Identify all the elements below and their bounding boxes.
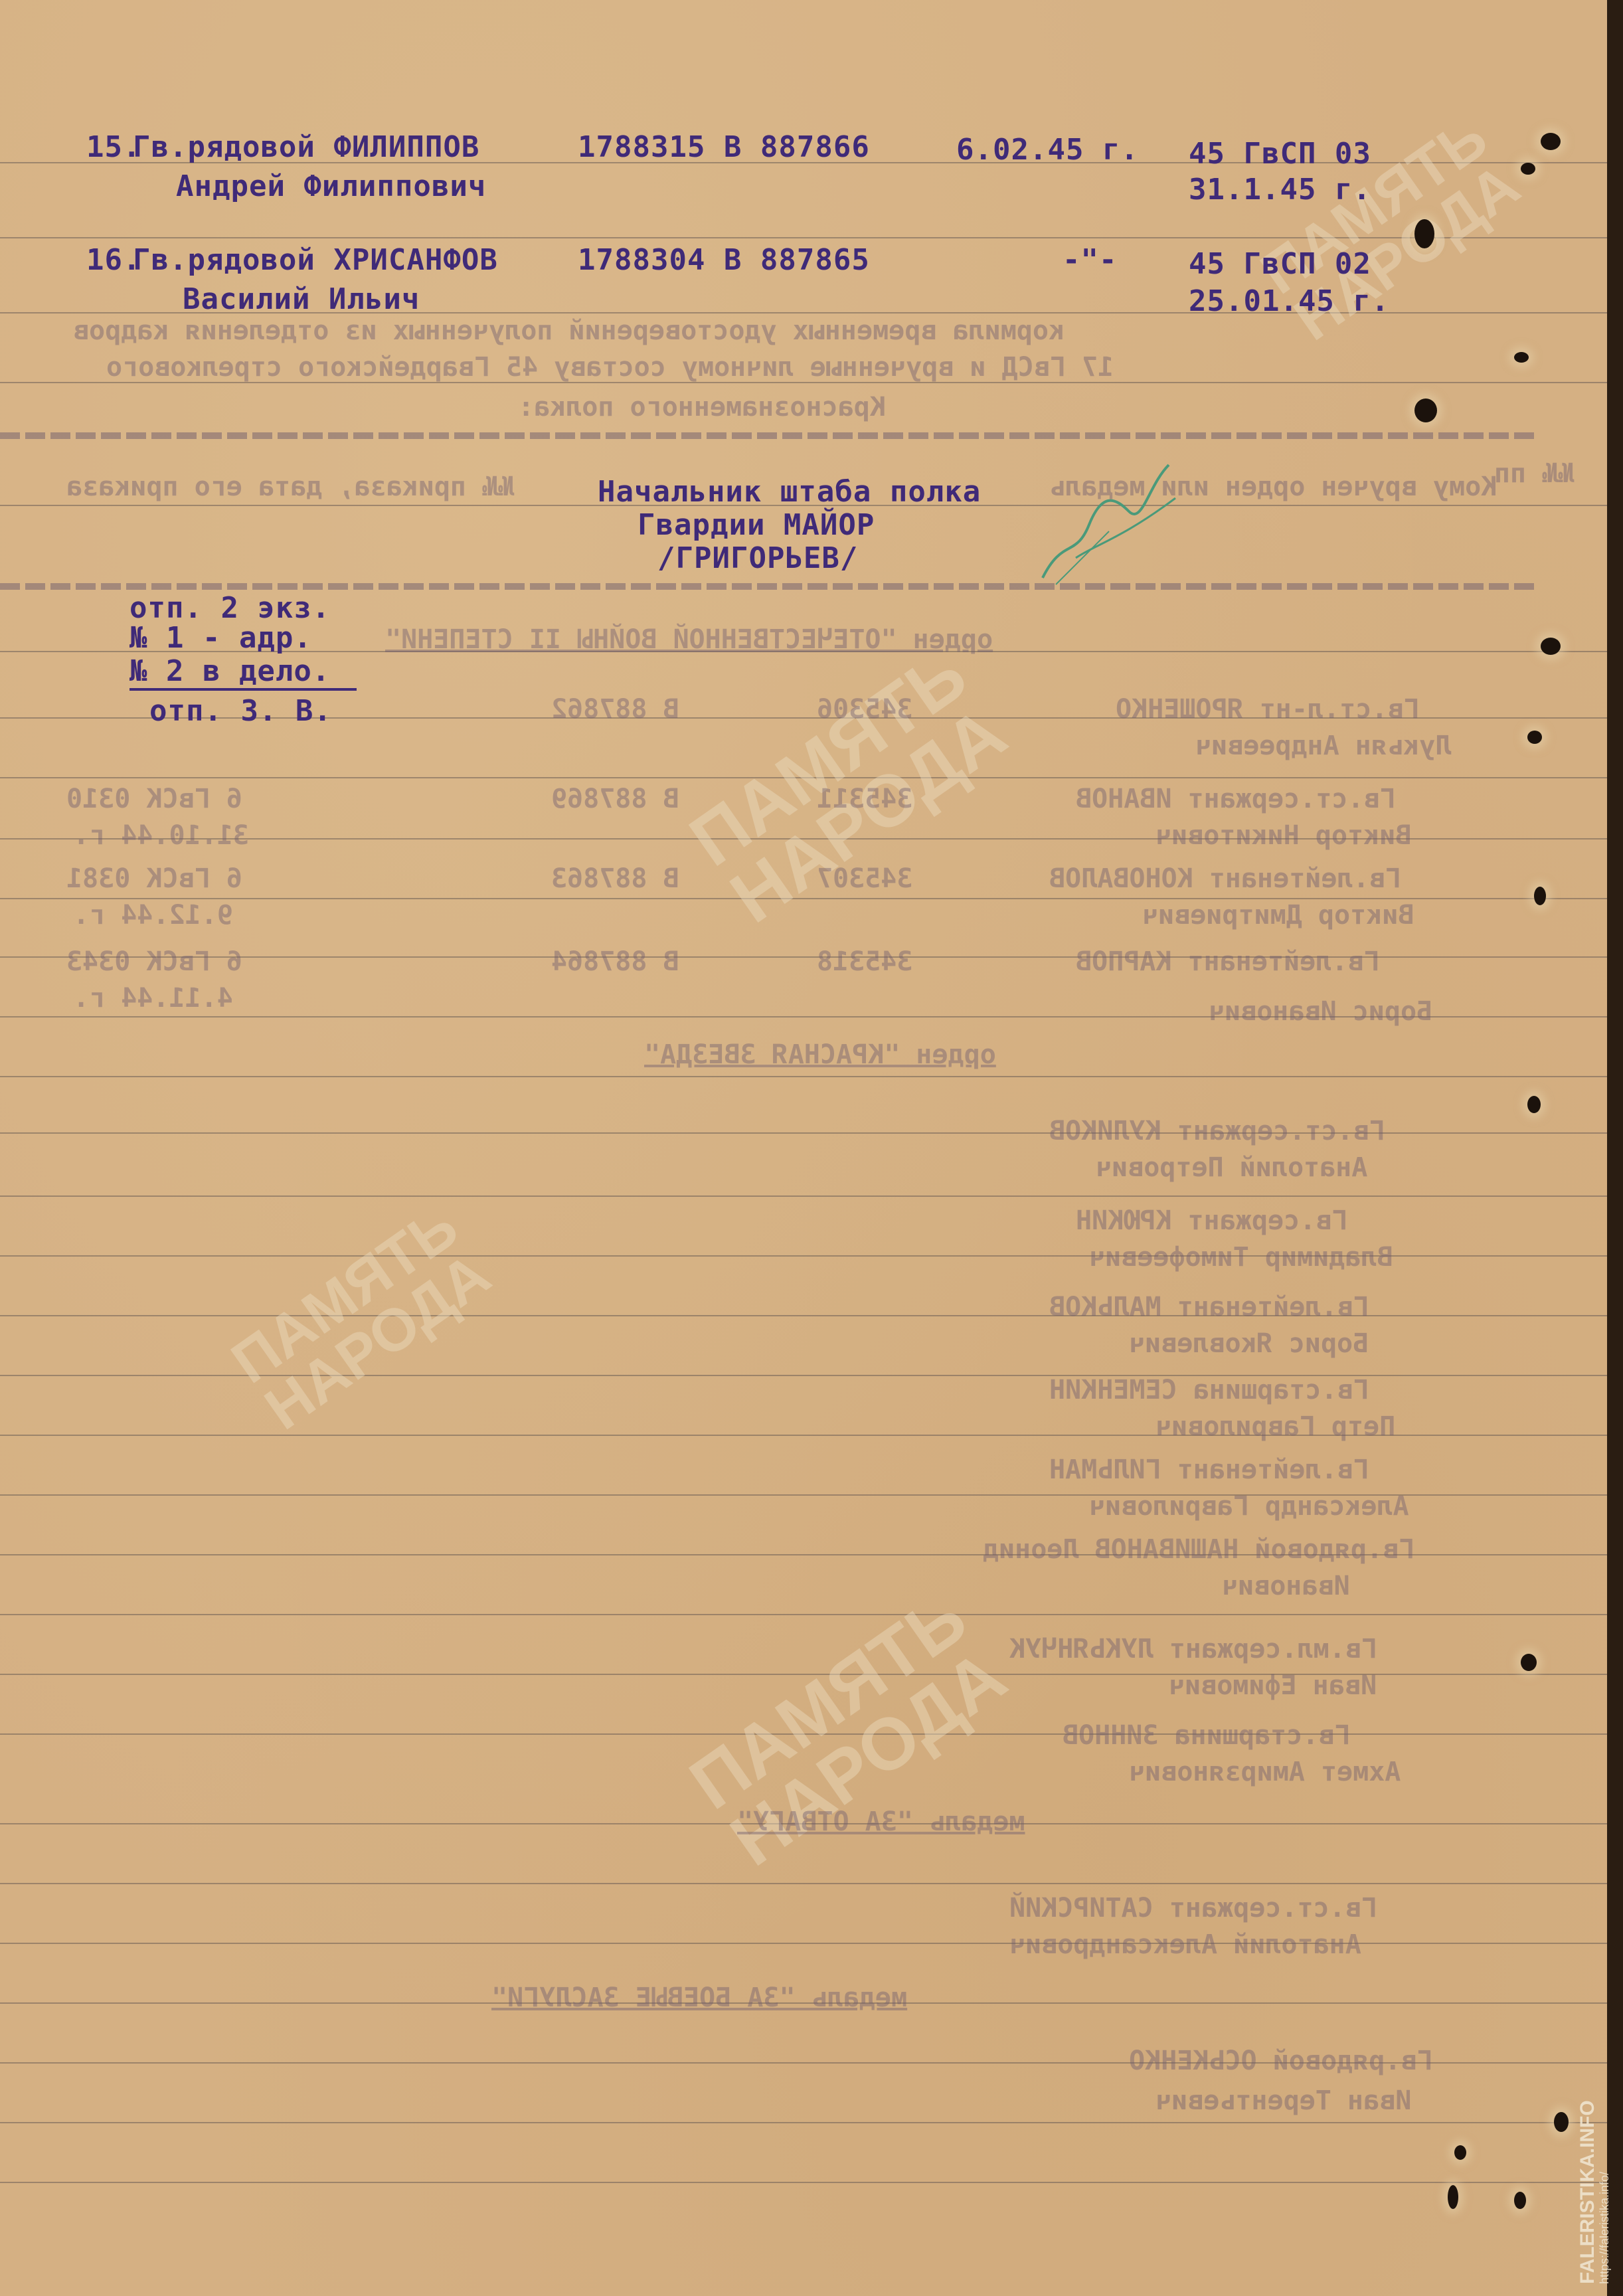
bleed-section-title: медаль "ЗА БОЕВЫЕ ЗАСЛУГИ" <box>491 1983 907 2013</box>
bleed-row-fio: Иван Ефимович <box>1169 1670 1377 1701</box>
entry-date: -"- <box>1063 243 1117 277</box>
entry-order-date: 25.01.45 г. <box>1189 284 1389 318</box>
punch-hole <box>1534 887 1546 905</box>
bleed-row-a: 345307 <box>817 863 913 894</box>
bleed-row-name: Гв.старшина ЗИННОВ <box>1063 1720 1350 1751</box>
copy-2-file: № 2 в дело. <box>129 654 357 691</box>
entry-order-ref: 45 ГвСП 03 <box>1189 137 1371 171</box>
bleed-row-e: 31.10.44 г. <box>73 820 249 851</box>
entry-first-middle: Андрей Филиппович <box>176 169 486 203</box>
bleed-row-name: Гв.ст.сержант САТИРСКИЙ <box>1009 1893 1377 1923</box>
bleed-row-name: Гв.лейтенант КАРПОВ <box>1076 946 1380 977</box>
ruled-line <box>0 1195 1607 1197</box>
bleed-section-title: орден "КРАСНАЯ ЗВЕЗДА" <box>644 1039 996 1070</box>
bleed-row-name: Гв.старшина СЕМЕНКИН <box>1049 1375 1369 1405</box>
punch-hole <box>1514 352 1529 363</box>
bleed-header-col: №№ пп <box>1494 458 1574 489</box>
source-watermark: FALERISTIKA.INFO https://faleristika.inf… <box>1571 2130 1611 2289</box>
punch-hole <box>1521 1654 1537 1671</box>
ruled-line <box>0 2122 1607 2123</box>
copies-count: отп. 2 экз. <box>129 591 330 625</box>
entry-rank-name: Гв.рядовой ФИЛИППОВ <box>133 130 479 164</box>
entry-first-middle: Василий Ильич <box>183 282 420 316</box>
bleed-row-name: Гв.ст.сержант ИВАНОВ <box>1076 784 1396 814</box>
bleed-intro-line: кормила временных удостоверений полученн… <box>73 315 1065 346</box>
bleed-row-fio: Виктор Дмитриевич <box>1142 900 1414 930</box>
signer-rank: Гвардии МАЙОР <box>638 508 875 542</box>
bleed-row-d: 6 ГвСК 0310 <box>66 784 242 814</box>
bleed-row-b: В 887863 <box>551 863 679 894</box>
bleed-row-name: Гв.лейтенант МАЛЬКОВ <box>1049 1292 1369 1322</box>
bleed-row-fio: Анатолий Александрович <box>1009 1929 1361 1960</box>
source-url: https://faleristika.info/ <box>1598 2172 1612 2284</box>
entry-rank-name: Гв.рядовой ХРИСАНФОВ <box>133 243 498 277</box>
bleed-intro-line: Краснознаменного полка: <box>518 392 886 422</box>
bleed-row-name: Гв.сержант КРЮКИН <box>1076 1205 1347 1236</box>
bleed-row-b: В 887864 <box>551 946 679 977</box>
punch-hole <box>1521 163 1535 175</box>
bleed-row-d: 6 ГвСК 0381 <box>66 863 242 894</box>
entry-order-ref: 45 ГвСП 02 <box>1189 247 1371 281</box>
punch-hole <box>1554 2112 1569 2132</box>
bleed-row-b: В 887862 <box>551 694 679 725</box>
bleed-row-a: 345306 <box>817 694 913 725</box>
dashed-rule <box>0 432 1534 439</box>
bleed-row-name: Гв.лейтенант ГИЛЬМАН <box>1049 1455 1369 1485</box>
punch-hole <box>1414 398 1437 422</box>
bleed-row-name: Гв.мл.сержант ЛУКЬЯНЧУК <box>1009 1634 1377 1664</box>
signer-name: /ГРИГОРЬЕВ/ <box>657 541 858 575</box>
bleed-row-fio: Анатолий Петрович <box>1096 1152 1367 1183</box>
bleed-row-fio: Борис Яковлевич <box>1129 1328 1369 1359</box>
bleed-row-fio: Иван Терентьевич <box>1155 2085 1411 2116</box>
punch-hole <box>1514 2192 1526 2209</box>
dashed-rule <box>0 583 1534 590</box>
punch-hole <box>1541 638 1561 655</box>
typist-initials: отп. 3. В. <box>149 694 332 728</box>
bleed-section-title: медаль "ЗА ОТВАГУ" <box>737 1807 1025 1837</box>
bleed-row-fio: Лукьян Андреевич <box>1195 731 1451 761</box>
handwritten-signature-icon <box>1036 458 1182 591</box>
bleed-row-a: 345311 <box>817 784 913 814</box>
punch-hole <box>1414 219 1434 248</box>
ruled-line <box>0 1076 1607 1077</box>
bleed-row-name: Гв.лейтенант КОНОВАЛОВ <box>1049 863 1401 894</box>
bleed-row-fio: Борис Иванович <box>1209 996 1432 1027</box>
bleed-row-fio: Виктор Никитович <box>1155 820 1411 851</box>
bleed-row-name: Гв.ст.сержант КУЛИКОВ <box>1049 1116 1385 1146</box>
punch-hole <box>1527 1096 1541 1113</box>
bleed-row-fio: Александр Гаврилович <box>1089 1491 1409 1522</box>
copy-1-recipient: № 1 - адр. <box>129 621 312 655</box>
bleed-section-title: орден "ОТЕЧЕСТВЕННОЙ ВОЙНЫ II СТЕПЕНИ" <box>385 624 993 655</box>
entry-numbers: 1788315 В 887866 <box>578 130 870 164</box>
bleed-row-b: В 887869 <box>551 784 679 814</box>
ruled-line <box>0 1883 1607 1884</box>
bleed-row-name: Гв.рядовой ОСЬКЕНКО <box>1129 2046 1433 2076</box>
bleed-row-fio: Ахмет Амирзянович <box>1129 1757 1401 1787</box>
bleed-intro-line: 17 ГвСД и врученные личному составу 45 Г… <box>106 352 1114 383</box>
scan-edge <box>1607 0 1623 2296</box>
ruled-line <box>0 1943 1607 1944</box>
bleed-row-name: Гв.рядовой НАШИВАНОВ Леонид <box>983 1534 1414 1565</box>
bleed-row-a: 345318 <box>817 946 913 977</box>
bleed-row-name: Гв.ст.л-нт ЯРОШЕНКО <box>1116 694 1420 725</box>
ruled-line <box>0 1614 1607 1615</box>
bleed-row-e: 9.12.44 г. <box>73 900 233 930</box>
punch-hole <box>1454 2145 1466 2160</box>
entry-numbers: 1788304 В 887865 <box>578 243 870 277</box>
punch-hole <box>1541 133 1561 150</box>
bleed-header-col: №№ приказа, дата его приказа <box>66 472 514 502</box>
bleed-row-e: 4.11.44 г. <box>73 983 233 1014</box>
document-page: ПАМЯТЬ НАРОДА ПАМЯТЬ НАРОДА ПАМЯТЬ НАРОД… <box>0 0 1607 2296</box>
bleed-row-fio: Иванович <box>1222 1571 1350 1601</box>
signer-title: Начальник штаба полка <box>598 475 981 509</box>
watermark-pamyat-naroda: ПАМЯТЬ НАРОДА <box>223 1198 500 1439</box>
entry-date: 6.02.45 г. <box>956 133 1139 167</box>
entry-order-date: 31.1.45 г. <box>1189 173 1371 207</box>
bleed-row-fio: Петр Гаврилович <box>1155 1411 1395 1442</box>
bleed-row-fio: Владимир Тимофеевич <box>1089 1242 1393 1273</box>
bleed-row-d: 6 ГвСК 0343 <box>66 946 242 977</box>
source-brand: FALERISTIKA.INFO <box>1577 2100 1599 2284</box>
punch-hole <box>1527 731 1542 744</box>
ruled-line <box>0 2182 1607 2183</box>
punch-hole <box>1448 2185 1458 2209</box>
